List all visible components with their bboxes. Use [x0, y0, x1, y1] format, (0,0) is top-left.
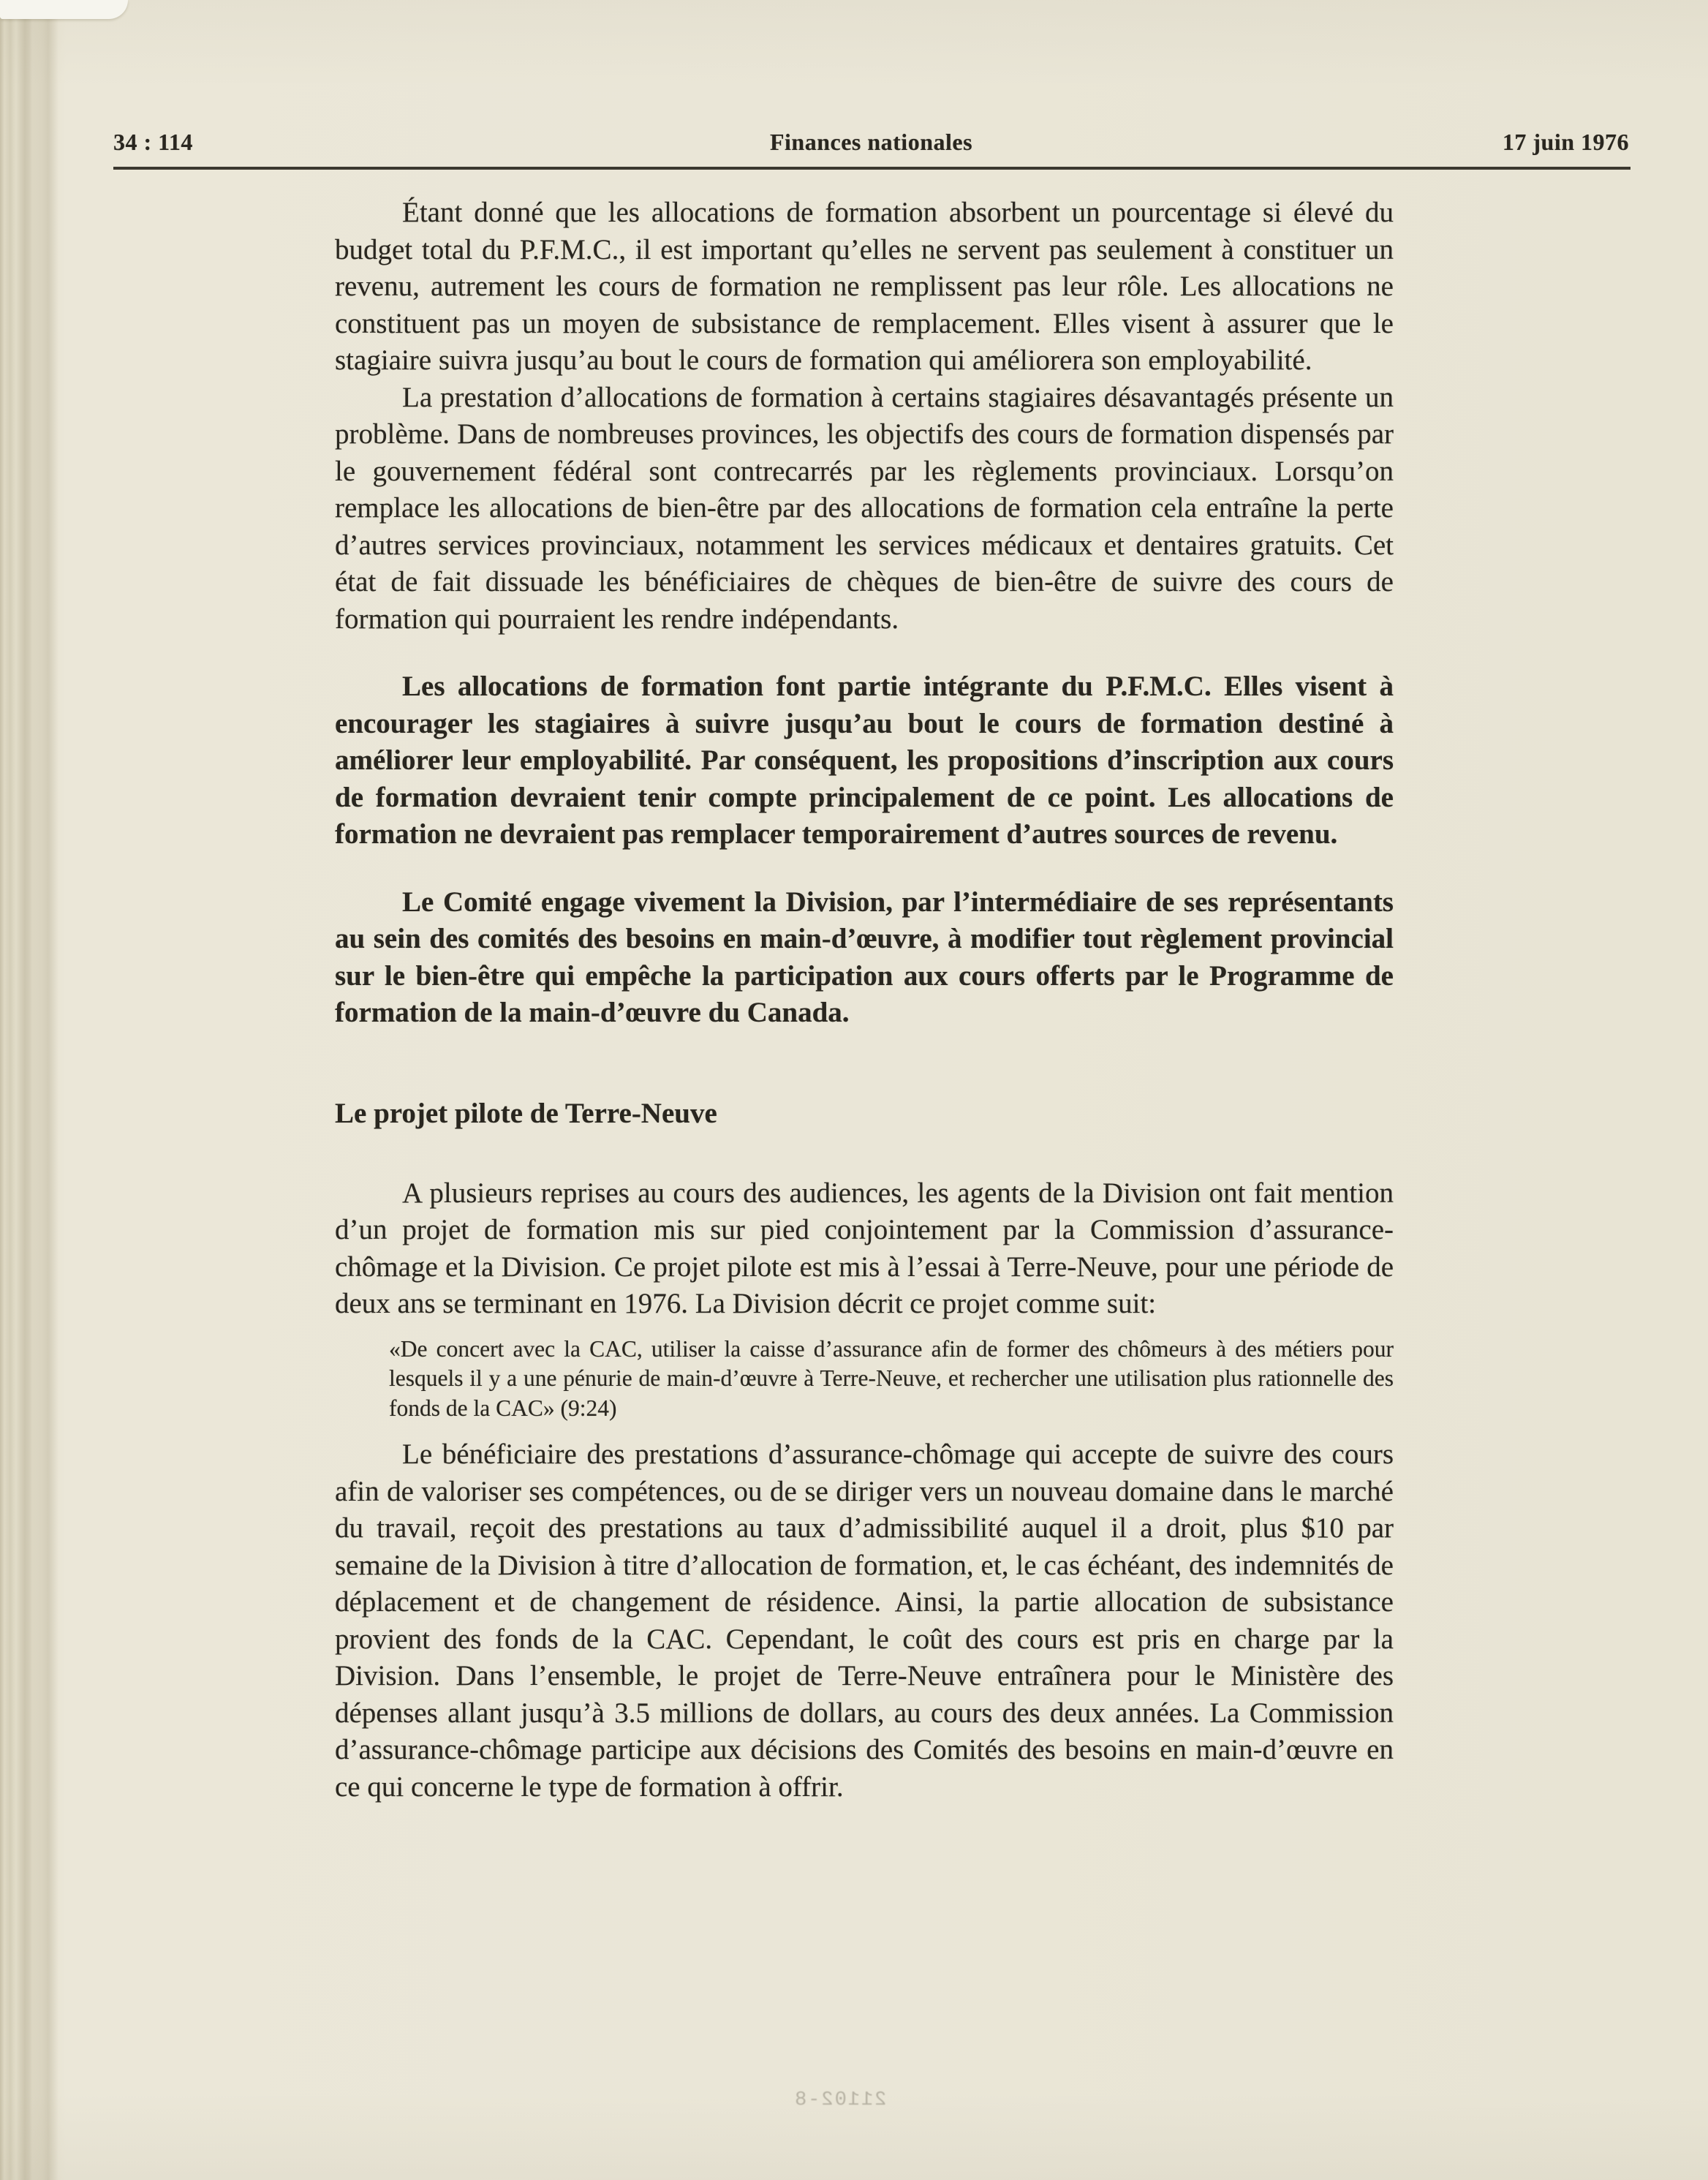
scanned-document-page: 34 : 114 Finances nationales 17 juin 197…: [0, 0, 1708, 2180]
section-heading-projet-pilote: Le projet pilote de Terre-Neuve: [335, 1096, 1394, 1131]
document-body: Étant donné que les allocations de forma…: [335, 195, 1394, 1806]
header-document-title: Finances nationales: [113, 129, 1629, 156]
paragraph-audiences-projet: A plusieurs reprises au cours des audien…: [335, 1175, 1394, 1323]
paragraph-beneficiaire-prestations: Le bénéficiaire des prestations d’assura…: [335, 1436, 1394, 1806]
header-rule: [113, 167, 1630, 170]
book-binding-edge: [0, 0, 66, 2180]
page-header: 34 : 114 Finances nationales 17 juin 197…: [113, 129, 1629, 156]
recommendation-allocations-integrante: Les allocations de formation font partie…: [335, 668, 1394, 853]
blockquote-cac: «De concert avec la CAC, utiliser la cai…: [389, 1335, 1394, 1424]
paragraph-prestation-probleme: La prestation d’allocations de formation…: [335, 380, 1394, 638]
page-corner-curl: [0, 0, 128, 19]
recommendation-comite-engage: Le Comité engage vivement la Division, p…: [335, 884, 1394, 1032]
show-through-print-code: 21102-8: [793, 2089, 886, 2111]
paragraph-allocations-budget: Étant donné que les allocations de forma…: [335, 195, 1394, 380]
